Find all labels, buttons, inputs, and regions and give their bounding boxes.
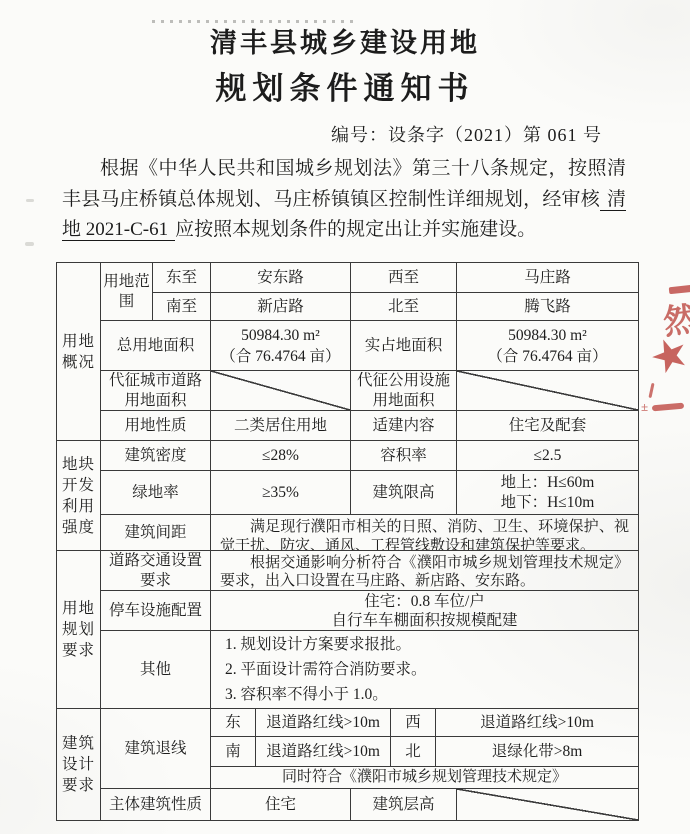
- row-traffic: 道路交通设置要求 根据交通影响分析符合《濮阳市城乡规划管理技术规定》要求，出入口…: [101, 551, 639, 591]
- north-label: 北至: [351, 293, 457, 321]
- buildable-value: 住宅及配套: [457, 411, 639, 441]
- setback-north-value: 退绿化带>8m: [436, 737, 639, 767]
- document-title-line2: 规划条件通知书: [0, 63, 690, 108]
- section-planning-requirements: 用地规划要求 道路交通设置要求 根据交通影响分析符合《濮阳市城乡规划管理技术规定…: [57, 551, 639, 709]
- height-below-ground: 地下：H≤10m: [501, 493, 595, 513]
- far-value: ≤2.5: [457, 441, 639, 471]
- section-header-development-intensity: 地块开发利用强度: [57, 441, 101, 551]
- road-requisition-empty-diagonal: [211, 371, 351, 411]
- row-setback: 建筑退线 东 退道路红线>10m 西 退道路红线>10m 南 退道路红线>10m…: [101, 709, 639, 789]
- row-land-range: 用地范围 东至 安东路 西至 马庄路 南至 新店路 北至 腾飞路: [101, 263, 639, 321]
- other-label: 其他: [101, 631, 211, 709]
- buildable-label: 适建内容: [351, 411, 457, 441]
- stamp-tick-mark: [648, 383, 654, 398]
- setback-east-label: 东: [211, 709, 256, 737]
- intro-text-before: 根据《中华人民共和国城乡规划法》第三十八条规定，按照清丰县马庄桥镇总体规划、马庄…: [62, 158, 626, 210]
- parking-value: 住宅：0.8 车位/户自行车车棚面积按规模配建: [211, 591, 639, 631]
- parking-residential: 住宅：0.8 车位/户: [331, 592, 517, 611]
- spacing-value: 满足现行濮阳市相关的日照、消防、卫生、环境保护、视觉干扰、防灾、通风、工程管线敷…: [211, 515, 639, 551]
- row-parking: 停车设施配置 住宅：0.8 车位/户自行车车棚面积按规模配建: [101, 591, 639, 631]
- actual-area-sqm: 50984.30 m²: [487, 325, 607, 346]
- scan-smudge: [26, 199, 34, 202]
- setback-south-value: 退道路红线>10m: [256, 737, 391, 767]
- south-value: 新店路: [211, 293, 351, 321]
- storey-height-empty-diagonal: [457, 789, 639, 821]
- height-limit-value: 地上：H≤60m地下：H≤10m: [457, 471, 639, 515]
- row-density-far: 建筑密度 ≤28% 容积率 ≤2.5: [101, 441, 639, 471]
- section-header-planning-requirements: 用地规划要求: [57, 551, 101, 709]
- west-label: 西至: [351, 263, 457, 293]
- south-label: 南至: [153, 293, 211, 321]
- section-land-overview: 用地概况 用地范围 东至 安东路 西至 马庄路 南至 新店路: [57, 263, 639, 441]
- total-area-label: 总用地面积: [101, 321, 211, 371]
- intro-paragraph: 根据《中华人民共和国城乡规划法》第三十八条规定，按照清丰县马庄桥镇总体规划、马庄…: [62, 154, 626, 246]
- density-label: 建筑密度: [101, 441, 211, 471]
- setback-label: 建筑退线: [101, 709, 211, 789]
- stamp-small-mark: ±: [641, 399, 648, 415]
- far-label: 容积率: [351, 441, 457, 471]
- traffic-label: 道路交通设置要求: [101, 551, 211, 591]
- setback-south-label: 南: [211, 737, 256, 767]
- row-total-area: 总用地面积 50984.30 m²（合 76.4764 亩） 实占地面积 509…: [101, 321, 639, 371]
- east-label: 东至: [153, 263, 211, 293]
- height-limit-label: 建筑限高: [351, 471, 457, 515]
- other-item-2: 2. 平面设计需符合消防要求。: [225, 657, 427, 682]
- west-value: 马庄路: [457, 263, 639, 293]
- land-use-label: 用地性质: [101, 411, 211, 441]
- other-item-1: 1. 规划设计方案要求报批。: [225, 632, 427, 657]
- document-title-line1: 清丰县城乡建设用地: [0, 21, 690, 60]
- land-range-label: 用地范围: [101, 263, 153, 321]
- actual-area-label: 实占地面积: [351, 321, 457, 371]
- intro-text-after: 应按照本规划条件的规定出让并实施建设。: [175, 219, 536, 240]
- setback-east-value: 退道路红线>10m: [256, 709, 391, 737]
- total-area-mu: （合 76.4764 亩）: [220, 346, 340, 367]
- row-land-use: 用地性质 二类居住用地 适建内容 住宅及配套: [101, 411, 639, 441]
- row-green-height: 绿地率 ≥35% 建筑限高 地上：H≤60m地下：H≤10m: [101, 471, 639, 515]
- setback-west-label: 西: [391, 709, 436, 737]
- utility-requisition-label: 代征公用设施用地面积: [351, 371, 457, 411]
- section-header-land-overview: 用地概况: [57, 263, 101, 441]
- row-requisition: 代征城市道路用地面积 代征公用设施用地面积: [101, 371, 639, 411]
- other-item-3: 3. 容积率不得小于 1.0。: [225, 682, 427, 707]
- other-value: 1. 规划设计方案要求报批。 2. 平面设计需符合消防要求。 3. 容积率不得小…: [211, 631, 639, 709]
- density-value: ≤28%: [211, 441, 351, 471]
- total-area-value: 50984.30 m²（合 76.4764 亩）: [211, 321, 351, 371]
- road-requisition-label: 代征城市道路用地面积: [101, 371, 211, 411]
- parking-label: 停车设施配置: [101, 591, 211, 631]
- document-number: 编号：设条字（2021）第 061 号: [0, 121, 690, 147]
- scan-smudge: [25, 242, 34, 246]
- planning-conditions-table: 用地概况 用地范围 东至 安东路 西至 马庄路 南至 新店路: [56, 262, 639, 821]
- main-building-label: 主体建筑性质: [101, 789, 211, 821]
- total-area-sqm: 50984.30 m²: [220, 325, 340, 346]
- height-above-ground: 地上：H≤60m: [501, 473, 595, 493]
- scanned-document-page: 清丰县城乡建设用地 规划条件通知书 编号：设条字（2021）第 061 号 根据…: [0, 0, 690, 834]
- row-other: 其他 1. 规划设计方案要求报批。 2. 平面设计需符合消防要求。 3. 容积率…: [101, 631, 639, 709]
- east-value: 安东路: [211, 263, 351, 293]
- land-use-value: 二类居住用地: [211, 411, 351, 441]
- north-value: 腾飞路: [457, 293, 639, 321]
- setback-north-label: 北: [391, 737, 436, 767]
- green-ratio-label: 绿地率: [101, 471, 211, 515]
- spacing-label: 建筑间距: [101, 515, 211, 551]
- section-architectural-requirements: 建筑设计要求 建筑退线 东 退道路红线>10m 西 退道路红线>10m 南 退道: [57, 709, 639, 821]
- green-ratio-value: ≥35%: [211, 471, 351, 515]
- stamp-bar-fragment: [652, 403, 684, 412]
- parking-bicycle: 自行车车棚面积按规模配建: [331, 611, 517, 630]
- row-building-spacing: 建筑间距 满足现行濮阳市相关的日照、消防、卫生、环境保护、视觉干扰、防灾、通风、…: [101, 515, 639, 551]
- row-main-building: 主体建筑性质 住宅 建筑层高: [101, 789, 639, 821]
- actual-area-mu: （合 76.4764 亩）: [487, 346, 607, 367]
- scan-speckle-line: [152, 20, 357, 23]
- traffic-value: 根据交通影响分析符合《濮阳市城乡规划管理技术规定》要求，出入口设置在马庄路、新店…: [211, 551, 639, 591]
- main-building-value: 住宅: [211, 789, 351, 821]
- utility-requisition-empty-diagonal: [457, 371, 639, 411]
- section-header-architectural-requirements: 建筑设计要求: [57, 709, 101, 821]
- section-development-intensity: 地块开发利用强度 建筑密度 ≤28% 容积率 ≤2.5 绿地率 ≥35% 建筑限…: [57, 441, 639, 551]
- storey-height-label: 建筑层高: [351, 789, 457, 821]
- setback-note: 同时符合《濮阳市城乡规划管理技术规定》: [211, 767, 639, 789]
- setback-west-value: 退道路红线>10m: [436, 709, 639, 737]
- actual-area-value: 50984.30 m²（合 76.4764 亩）: [457, 321, 639, 371]
